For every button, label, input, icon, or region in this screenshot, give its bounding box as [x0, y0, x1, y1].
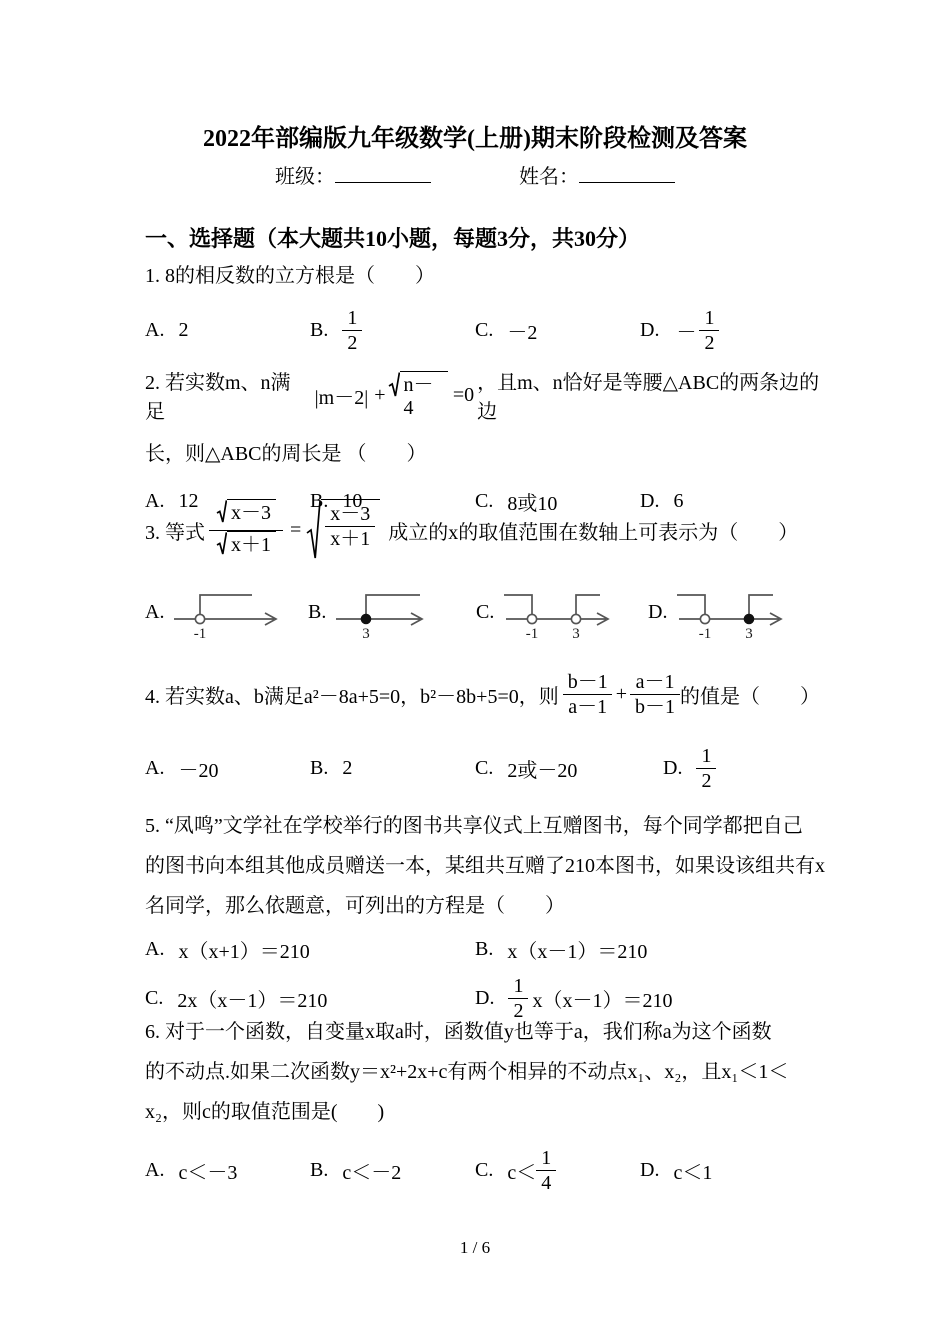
option-b: B. c＜－2 — [310, 1154, 475, 1188]
option-c: C. －2 — [475, 314, 640, 348]
fraction-denominator: x＋1 — [325, 526, 375, 551]
option-b-value: 2 — [342, 757, 352, 780]
fraction: 1 2 — [696, 744, 716, 793]
option-c-label: C. — [475, 319, 493, 342]
number-line-diagram-d: -1 3 — [673, 582, 795, 642]
fraction-numerator: 1 — [699, 306, 719, 330]
option-d: D. -1 3 — [648, 582, 795, 642]
fraction-numerator: x－3 — [209, 499, 283, 530]
option-a: A. 2 — [145, 314, 310, 348]
number-line-label: 3 — [363, 626, 371, 642]
option-c: C. -1 3 — [476, 582, 648, 642]
option-b-label: B. — [308, 601, 326, 624]
radicand: x－3 — [227, 499, 276, 525]
option-a-label: A. — [145, 1159, 164, 1182]
fraction-denominator: x＋1 — [209, 530, 283, 562]
fraction: x－3 x＋1 — [325, 502, 375, 551]
number-line-label: -1 — [194, 626, 207, 642]
question-5-stem-line3: 名同学，那么依题意，可列出的方程是（ ） — [145, 886, 835, 926]
option-a: A. －20 — [145, 752, 310, 786]
fraction: a－1 b－1 — [630, 670, 680, 719]
option-b-value: c＜－2 — [342, 1156, 401, 1185]
option-d: D. 1 2 — [663, 744, 835, 793]
option-c: C. 2x（x－1）＝210 — [145, 982, 475, 1016]
option-b: B. 2 — [310, 752, 475, 786]
radical-sign-icon — [388, 371, 400, 398]
fraction: b－1 a－1 — [563, 670, 613, 719]
option-b: B. 3 — [308, 582, 476, 642]
fraction-denominator: b－1 — [630, 694, 680, 719]
question-2-stem-line2: 长，则△ABC的周长是 （ ） — [145, 434, 835, 474]
question-5: 5. “凤鸣”文学社在学校举行的图书共享仪式上互赠图书，每个同学都把自己 的图书… — [145, 806, 835, 1023]
option-d-label: D. — [640, 1159, 659, 1182]
option-a-label: A. — [145, 938, 164, 961]
question-3-options: A. -1 B. 3 C. — [145, 582, 835, 642]
plus-sign: + — [616, 683, 627, 706]
option-a: A. -1 — [145, 582, 308, 642]
fraction-numerator: b－1 — [563, 670, 613, 694]
question-4: 4. 若实数a、b满足a²－8a+5=0，b²－8b+5=0，则 b－1 a－1… — [145, 658, 835, 793]
fraction-denominator: 2 — [699, 330, 719, 355]
option-d-label: D. — [640, 319, 659, 342]
stem-text: 成立的x的取值范围在数轴上可表示为（ ） — [388, 516, 798, 545]
fraction-denominator: 4 — [536, 1170, 556, 1195]
stem-text: 2. 若实数m、n满足 — [145, 366, 309, 424]
option-d: D. － 1 2 — [640, 306, 835, 355]
fraction-numerator: 1 — [508, 974, 528, 998]
radicand: n－4 — [400, 371, 448, 420]
question-5-stem-line1: 5. “凤鸣”文学社在学校举行的图书共享仪式上互赠图书，每个同学都把自己 — [145, 806, 835, 846]
sqrt-expression: n－4 — [388, 371, 448, 420]
question-4-stem: 4. 若实数a、b满足a²－8a+5=0，b²－8b+5=0，则 b－1 a－1… — [145, 658, 835, 730]
stem-text: 4. 若实数a、b满足a²－8a+5=0，b²－8b+5=0，则 — [145, 680, 559, 709]
fraction: 1 2 — [699, 306, 719, 355]
fraction-numerator: a－1 — [631, 670, 680, 694]
question-1: 1. 8的相反数的立方根是（ ） A. 2 B. 1 2 C. －2 D. － — [145, 256, 835, 355]
option-d-value: c＜1 — [673, 1156, 712, 1185]
sqrt-expression: x＋1 — [216, 531, 276, 557]
option-b-label: B. — [310, 1159, 328, 1182]
fraction-of-radicals: x－3 x＋1 — [209, 499, 283, 562]
absolute-value-expression: |m－2| — [315, 381, 369, 410]
option-d-label: D. — [663, 757, 682, 780]
option-a-label: A. — [145, 601, 164, 624]
option-d-label: D. — [648, 601, 667, 624]
option-d-label: D. — [475, 987, 494, 1010]
sqrt-of-fraction: x－3 x＋1 — [306, 499, 380, 561]
name-label: 姓名： — [519, 166, 579, 188]
student-info-row: 班级：姓名： — [0, 160, 950, 189]
question-6: 6. 对于一个函数，自变量x取a时，函数值y也等于a，我们称a为这个函数 的不动… — [145, 1012, 835, 1195]
option-c-label: C. — [475, 1159, 493, 1182]
option-c-value: －2 — [507, 316, 537, 345]
radical-sign-icon — [216, 531, 227, 556]
fraction-numerator: x－3 — [325, 502, 375, 526]
number-line-label: 3 — [573, 626, 581, 642]
name-blank-line — [579, 161, 675, 183]
option-c-value: c＜ — [507, 1156, 536, 1185]
question-3-stem: 3. 等式 x－3 x＋1 = — [145, 496, 835, 564]
fraction-numerator: 1 — [342, 306, 362, 330]
class-blank-line — [335, 161, 431, 183]
option-a-value: 2 — [178, 319, 188, 342]
fraction-denominator: a－1 — [563, 694, 612, 719]
option-b-value: x（x－1）＝210 — [507, 935, 647, 964]
radical-sign-icon — [216, 499, 227, 524]
option-c: C. c＜ 1 4 — [475, 1146, 640, 1195]
class-label: 班级： — [275, 166, 335, 188]
option-a: A. c＜－3 — [145, 1154, 310, 1188]
option-b-label: B. — [310, 757, 328, 780]
question-1-stem: 1. 8的相反数的立方根是（ ） — [145, 256, 835, 296]
section-heading: 一、选择题（本大题共10小题，每题3分，共30分） — [145, 222, 640, 253]
fraction-numerator: 1 — [696, 744, 716, 768]
fraction: 1 4 — [536, 1146, 556, 1195]
question-6-stem-line1: 6. 对于一个函数，自变量x取a时，函数值y也等于a，我们称a为这个函数 — [145, 1012, 835, 1052]
question-6-stem-line3: x₂，则c的取值范围是( ) — [145, 1092, 835, 1132]
stem-text: ，且m、n恰好是等腰△ABC的两条边的边 — [477, 366, 835, 424]
option-c-value: 2或－20 — [507, 754, 577, 783]
minus-sign: － — [676, 316, 696, 345]
fraction-denominator: 2 — [696, 768, 716, 793]
number-line-label: -1 — [699, 626, 712, 642]
fraction-denominator: 2 — [342, 330, 362, 355]
option-a-value: －20 — [178, 754, 218, 783]
option-a-value: x（x+1）＝210 — [178, 935, 309, 964]
option-a-label: A. — [145, 319, 164, 342]
plus-sign: + — [374, 384, 385, 407]
question-6-stem-line2: 的不动点.如果二次函数y＝x²+2x+c有两个相异的不动点x₁、x₂，且x₁＜1… — [145, 1052, 835, 1092]
option-a: A. x（x+1）＝210 — [145, 932, 475, 966]
option-c-value: 2x（x－1）＝210 — [177, 984, 327, 1013]
option-c-label: C. — [145, 987, 163, 1010]
radicand: x＋1 — [227, 531, 276, 557]
stem-text: 3. 等式 — [145, 516, 205, 545]
sqrt-expression: x－3 — [216, 499, 276, 525]
fraction-numerator: 1 — [536, 1146, 556, 1170]
question-5-options: A. x（x+1）＝210 B. x（x－1）＝210 C. 2x（x－1）＝2… — [145, 932, 835, 1023]
page-title: 2022年部编版九年级数学(上册)期末阶段检测及答案 — [0, 118, 950, 153]
option-d: D. c＜1 — [640, 1154, 835, 1188]
question-6-options: A. c＜－3 B. c＜－2 C. c＜ 1 4 D. c＜1 — [145, 1146, 835, 1195]
equals-sign: = — [290, 519, 301, 542]
fraction: 1 2 — [342, 306, 362, 355]
option-c-label: C. — [475, 757, 493, 780]
question-2-stem-line1: 2. 若实数m、n满足 |m－2| + n－4 =0 ，且m、n恰好是等腰△AB… — [145, 366, 835, 424]
option-c-label: C. — [476, 601, 494, 624]
number-line-label: -1 — [526, 626, 539, 642]
number-line-diagram-a: -1 — [170, 582, 288, 642]
radicand: x－3 x＋1 — [321, 499, 380, 551]
option-a-label: A. — [145, 757, 164, 780]
option-b-label: B. — [310, 319, 328, 342]
question-4-options: A. －20 B. 2 C. 2或－20 D. 1 2 — [145, 744, 835, 793]
option-c: C. 2或－20 — [475, 752, 663, 786]
question-1-options: A. 2 B. 1 2 C. －2 D. － 1 2 — [145, 306, 835, 355]
stem-text: 的值是（ ） — [680, 680, 820, 709]
number-line-diagram-c: -1 3 — [500, 582, 622, 642]
option-d-value: x（x－1）＝210 — [532, 984, 672, 1013]
equals-zero: =0 — [453, 384, 474, 407]
number-line-diagram-b: 3 — [332, 582, 434, 642]
number-line-label: 3 — [746, 626, 754, 642]
question-3: 3. 等式 x－3 x＋1 = — [145, 496, 835, 642]
radical-sign-icon — [306, 499, 321, 561]
option-b: B. 1 2 — [310, 306, 475, 355]
question-5-stem-line2: 的图书向本组其他成员赠送一本，某组共互赠了210本图书，如果设该组共有x — [145, 846, 835, 886]
option-a-value: c＜－3 — [178, 1156, 237, 1185]
option-b-label: B. — [475, 938, 493, 961]
option-b: B. x（x－1）＝210 — [475, 932, 835, 966]
page-number: 1 / 6 — [0, 1238, 950, 1258]
